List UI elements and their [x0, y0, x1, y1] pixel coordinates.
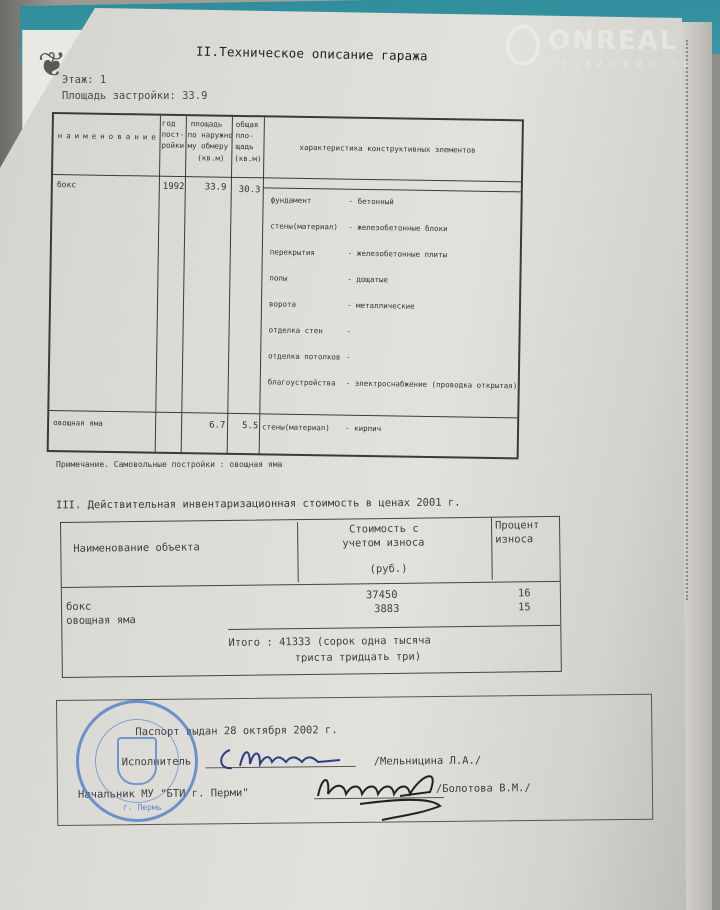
element-value: - [346, 353, 351, 362]
col-divider [491, 518, 493, 580]
official-stamp: г. Пермь [76, 700, 198, 822]
header-divider [62, 581, 560, 588]
element-value: - дощатые [347, 275, 388, 285]
note-unauthorized-buildings: Примечание. Самовольные постройки : овощ… [56, 460, 282, 469]
cost-row1-wear: 16 [518, 587, 531, 599]
cost-row1-value: 37450 [366, 589, 398, 601]
house-logo-icon [506, 24, 540, 66]
row2-outer-area: 6.7 [209, 421, 225, 431]
watermark: ONREAL НЕДВИЖИМОСТЬ [500, 22, 700, 82]
cost-row2-wear: 15 [518, 601, 531, 613]
cost-row2-name: овощная яма [66, 614, 136, 627]
col-divider [297, 522, 299, 582]
element-label: перекрытия [270, 247, 315, 257]
header-total-3: щадь [235, 141, 253, 152]
cost-row2-value: 3883 [374, 603, 399, 615]
floor-info: Этаж: 1 [62, 74, 106, 86]
watermark-subtitle: НЕДВИЖИМОСТЬ [550, 60, 695, 69]
element-value: - [347, 327, 352, 336]
total-divider [228, 625, 560, 630]
header-total-1: общая [236, 119, 259, 130]
element-label: фундамент [271, 195, 312, 205]
header-wear-1: Процент [495, 519, 539, 532]
header-cost-1: Стоимость с [349, 523, 419, 536]
header-divider [53, 174, 521, 182]
header-total-4: (кв.м) [234, 153, 261, 164]
header-outer-1: площадь [191, 118, 223, 129]
element-value: - кирпич [345, 424, 381, 434]
header-year-3: ройки [161, 140, 184, 151]
cost-row1-name: бокс [66, 601, 91, 613]
header-cost-3: (руб.) [370, 563, 408, 575]
technical-description-table: наименование год пост- ройки площадь по … [47, 112, 524, 459]
element-value: - электроснабжение (проводка открытая) [346, 379, 518, 391]
element-label: полы [269, 273, 287, 282]
char-header-divider [263, 187, 521, 192]
header-year-2: пост- [162, 129, 185, 140]
element-label: отделка стен [269, 325, 323, 335]
col-divider [155, 116, 161, 454]
header-outer-2: по наружно [188, 129, 233, 141]
header-outer-3: му обмеру [187, 140, 228, 152]
row-divider [49, 410, 517, 418]
row1-outer-area: 33.9 [205, 182, 227, 192]
header-outer-4: (кв.м) [197, 152, 224, 163]
col-divider [259, 117, 265, 455]
header-year-1: год [162, 118, 176, 129]
row2-name: овощная яма [53, 418, 103, 428]
row1-total-area: 30.3 [239, 185, 261, 195]
col-divider [227, 117, 233, 455]
element-value: - железобетонные блоки [348, 223, 447, 234]
watermark-brand: ONREAL [548, 26, 678, 56]
stamp-city: г. Пермь [123, 803, 162, 812]
col-divider [181, 116, 187, 454]
element-label: стены(материал) [262, 422, 330, 432]
coat-of-arms-icon [117, 737, 157, 785]
element-value: - металлические [347, 301, 415, 311]
header-cost-2: учетом износа [342, 537, 424, 550]
total-line-2: триста тридцать три) [295, 651, 422, 665]
element-label: отделка потолков [268, 351, 340, 361]
row1-name: бокс [57, 180, 76, 189]
row1-year: 1992 [163, 182, 185, 192]
head-signature [300, 766, 480, 826]
element-label: благоустройства [268, 377, 336, 387]
element-label: стены(материал) [270, 221, 338, 231]
built-area-info: Площадь застройки: 33.9 [62, 90, 207, 102]
binding-stitch [686, 40, 690, 600]
inventory-cost-table: Наименование объекта Стоимость с учетом … [60, 516, 562, 678]
header-name: наименование [58, 130, 160, 143]
header-wear-2: износа [495, 533, 533, 545]
header-total-2: пло- [236, 130, 254, 141]
header-characteristics: характеристика конструктивных элементов [299, 142, 475, 156]
row2-total-area: 5.5 [242, 421, 258, 431]
header-object-name: Наименование объекта [73, 541, 200, 555]
element-value: - железобетонные плиты [348, 249, 447, 260]
total-line-1: Итого : 41333 (сорок одна тысяча [228, 634, 430, 648]
element-label: ворота [269, 299, 296, 308]
element-value: - бетонный [349, 197, 394, 207]
